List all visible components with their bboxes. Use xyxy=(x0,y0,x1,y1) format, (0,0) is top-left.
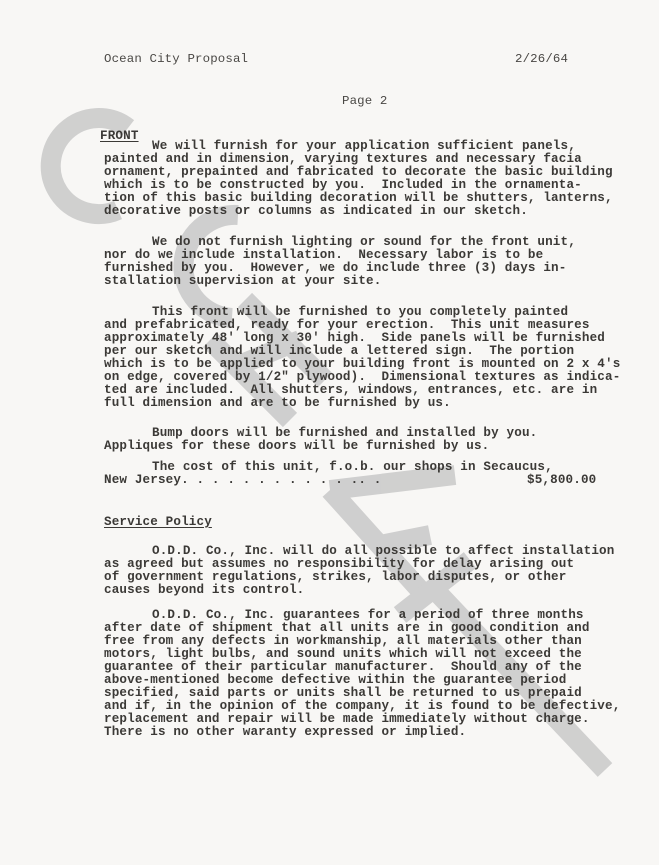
text-line: full dimension and are to be furnished b… xyxy=(104,397,451,410)
text-line: Appliques for these doors will be furnis… xyxy=(104,440,489,453)
proposal-title: Ocean City Proposal xyxy=(104,53,248,66)
page-number: Page 2 xyxy=(342,95,388,108)
section-heading-service-policy: Service Policy xyxy=(104,516,212,529)
document-date: 2/26/64 xyxy=(515,53,568,66)
text-line: causes beyond its control. xyxy=(104,584,304,597)
text-line: New Jersey. . . . . . . . . . . .. . xyxy=(104,474,381,487)
typewritten-letter: Ocean City Proposal 2/26/64 Page 2 FRONT… xyxy=(0,0,659,865)
text-line: decorative posts or columns as indicated… xyxy=(104,205,528,218)
unit-price: $5,800.00 xyxy=(527,474,596,487)
section-heading-front: FRONT xyxy=(100,130,139,143)
text-line: stallation supervision at your site. xyxy=(104,275,381,288)
text-line: There is no other waranty expressed or i… xyxy=(104,726,466,739)
